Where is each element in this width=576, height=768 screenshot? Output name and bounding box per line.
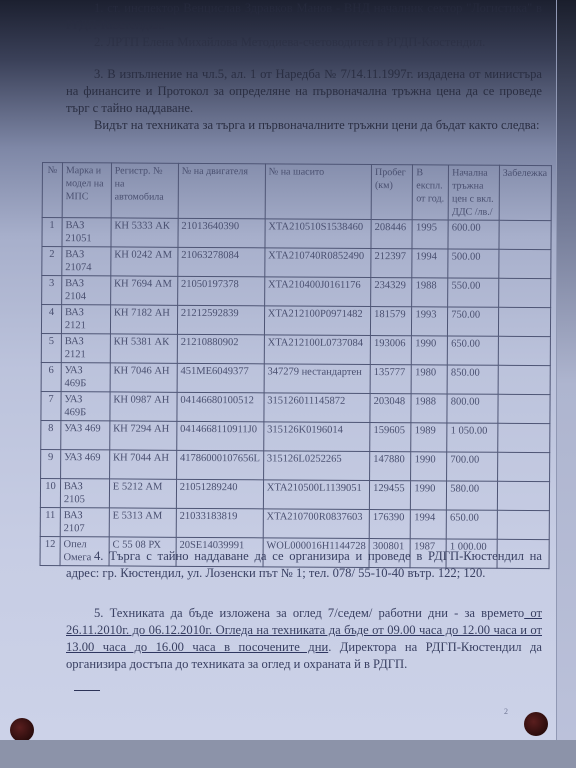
cell-starting-price: 1 050.00 xyxy=(447,423,498,452)
cell-chassis-number: XTA210500L1139051 xyxy=(263,480,370,510)
table-row: 4ВАЗ 2121КН 7182 АН21212592839XTA212100P… xyxy=(41,305,550,337)
header-make-model: Марка и модел на МПС xyxy=(62,163,111,218)
cell-starting-price: 850.00 xyxy=(447,365,498,394)
cell-registration: КН 7294 АН xyxy=(110,421,177,450)
cell-chassis-number: XTA212100P0971482 xyxy=(264,306,371,336)
cell-registration: Е 5212 АМ xyxy=(109,479,176,508)
header-registration: Регистр. № на автомобила xyxy=(111,163,178,218)
cell-number: 12 xyxy=(40,536,60,565)
inspection-text-start: 5. Техниката да бъде изложена за оглед 7… xyxy=(94,606,524,620)
cell-note xyxy=(498,278,550,307)
paragraph-3-auction-basis: 3. В изпълнение на чл.5, ал. 1 от Наредб… xyxy=(66,66,542,117)
cell-make-model: ВАЗ 2121 xyxy=(61,305,110,334)
cell-make-model: ВАЗ 2121 xyxy=(61,334,110,363)
cell-registration: КН 5381 АК xyxy=(110,334,177,363)
cell-year: 1995 xyxy=(412,220,448,249)
header-note: Забележка xyxy=(499,165,551,220)
header-mileage: Пробег (км) xyxy=(371,165,413,220)
cell-number: 8 xyxy=(41,420,61,449)
cell-make-model: ВАЗ 21074 xyxy=(62,247,111,276)
cell-registration: КН 5333 АК xyxy=(111,218,178,247)
cell-starting-price: 550.00 xyxy=(448,278,499,307)
cell-number: 7 xyxy=(41,391,61,420)
cell-number: 5 xyxy=(41,333,61,362)
cell-engine-number: 21051289240 xyxy=(176,479,263,509)
background-surface xyxy=(0,740,576,768)
cell-engine-number: 21050197378 xyxy=(177,276,264,306)
cell-year: 1988 xyxy=(411,394,447,423)
cell-engine-number: 04146680100512 xyxy=(177,392,264,422)
cell-number: 10 xyxy=(40,478,60,507)
cell-chassis-number: 347279 нестандартен xyxy=(264,364,371,394)
cell-year: 1980 xyxy=(412,365,448,394)
cell-note xyxy=(497,510,549,539)
cell-chassis-number: XTA210400J0161176 xyxy=(264,277,371,307)
cell-year: 1989 xyxy=(411,423,447,452)
cell-mileage: 159605 xyxy=(370,423,412,452)
header-chassis-number: № на шасито xyxy=(265,164,372,220)
cell-number: 3 xyxy=(42,276,62,305)
cell-year: 1994 xyxy=(412,249,448,278)
cell-starting-price: 650.00 xyxy=(446,510,497,539)
cell-make-model: ВАЗ 2104 xyxy=(62,276,111,305)
vehicles-table-body: 1ВАЗ 21051КН 5333 АК21013640390XTA210510… xyxy=(40,218,551,569)
table-row: 2ВАЗ 21074КН 0242 АМ21063278084XTA210740… xyxy=(42,247,551,279)
paragraph-5-inspection-schedule: 5. Техниката да бъде изложена за оглед 7… xyxy=(66,605,542,673)
cell-year: 1990 xyxy=(411,452,447,481)
cell-mileage: 176390 xyxy=(369,510,411,539)
table-row: 11ВАЗ 2107Е 5313 АМ21033183819XTA210700R… xyxy=(40,507,549,539)
cell-registration: КН 7046 АН xyxy=(110,363,177,392)
cell-make-model: УАЗ 469 xyxy=(61,421,110,450)
cell-number: 2 xyxy=(42,247,62,276)
cell-mileage: 212397 xyxy=(371,249,413,278)
cell-starting-price: 500.00 xyxy=(448,249,499,278)
paragraph-committee-member-1: 1. ст. инспектор Венцислав Здравков Мано… xyxy=(66,0,542,34)
cell-engine-number: 21210880902 xyxy=(177,334,264,364)
cell-engine-number: 21212592839 xyxy=(177,305,264,335)
cell-note xyxy=(499,220,551,249)
table-row: 7УАЗ 469БКН 0987 АН041466801005123151260… xyxy=(41,391,550,423)
vehicles-table: № Марка и модел на МПС Регистр. № на авт… xyxy=(40,162,552,569)
cell-mileage: 135777 xyxy=(370,365,412,394)
cell-mileage: 147880 xyxy=(370,452,412,481)
cell-chassis-number: XTA210510S1538460 xyxy=(265,219,372,249)
cell-engine-number: 41786000107656L xyxy=(176,450,263,480)
table-row: 10ВАЗ 2105Е 5212 АМ21051289240XTA210500L… xyxy=(40,478,549,510)
paragraph-4-auction-location: 4. Търга с тайно наддаване да се организ… xyxy=(66,548,542,582)
cell-chassis-number: XTA210700R0837603 xyxy=(263,509,370,539)
cell-starting-price: 800.00 xyxy=(447,394,498,423)
cell-engine-number: 0414668110911J0 xyxy=(177,421,264,451)
table-row: 3ВАЗ 2104КН 7694 АМ21050197378XTA210400J… xyxy=(42,276,551,308)
cell-chassis-number: 315126011145872 xyxy=(264,393,371,423)
cell-make-model: УАЗ 469Б xyxy=(61,363,110,392)
cell-engine-number: 21033183819 xyxy=(176,508,263,538)
cell-starting-price: 650.00 xyxy=(447,336,498,365)
cell-number: 1 xyxy=(42,218,62,247)
cell-starting-price: 750.00 xyxy=(448,307,499,336)
header-year: В експл. от год. xyxy=(413,165,449,220)
document-page: 1. ст. инспектор Венцислав Здравков Мано… xyxy=(0,0,556,740)
cell-note xyxy=(498,394,550,423)
cell-registration: КН 7694 АМ xyxy=(110,276,177,305)
cell-chassis-number: XTA212100L0737084 xyxy=(264,335,371,365)
cell-registration: КН 0242 АМ xyxy=(111,247,178,276)
cell-number: 6 xyxy=(41,362,61,391)
cell-make-model: УАЗ 469Б xyxy=(61,392,110,421)
cell-year: 1994 xyxy=(411,510,447,539)
cell-note xyxy=(498,365,550,394)
cell-mileage: 193006 xyxy=(370,336,412,365)
cell-number: 11 xyxy=(40,507,60,536)
table-row: 9УАЗ 469КН 7044 АН41786000107656L315126L… xyxy=(41,449,550,481)
cell-starting-price: 700.00 xyxy=(447,452,498,481)
cell-year: 1988 xyxy=(412,278,448,307)
cell-engine-number: 451МЕ6049377 xyxy=(177,363,264,393)
cell-mileage: 203048 xyxy=(370,394,412,423)
cell-make-model: ВАЗ 2107 xyxy=(60,508,109,537)
paragraph-vehicle-intro: Видът на техниката за търга и първоначал… xyxy=(66,117,542,134)
cell-make-model: ВАЗ 2105 xyxy=(60,479,109,508)
punch-hole-right xyxy=(524,712,548,736)
cell-chassis-number: 315126K0196014 xyxy=(263,422,370,452)
cell-note xyxy=(498,336,550,365)
cell-year: 1990 xyxy=(412,336,448,365)
header-number: № xyxy=(42,163,62,218)
table-row: 6УАЗ 469БКН 7046 АН451МЕ6049377347279 не… xyxy=(41,362,550,394)
header-starting-price: Начална тръжна цен с вкл. ДДС /лв./ xyxy=(448,165,499,220)
page-number: 2 xyxy=(504,707,508,716)
cell-starting-price: 580.00 xyxy=(447,481,498,510)
cell-mileage: 208446 xyxy=(371,220,413,249)
cell-make-model: ВАЗ 21051 xyxy=(62,218,111,247)
paragraph-committee-member-2: 2. ЛРТП Елена Михайлова Методиева-счетов… xyxy=(66,34,542,51)
cell-year: 1990 xyxy=(411,481,447,510)
cell-make-model: УАЗ 469 xyxy=(60,450,109,479)
cell-engine-number: 21063278084 xyxy=(178,247,265,277)
cell-mileage: 129455 xyxy=(369,481,411,510)
cell-starting-price: 600.00 xyxy=(448,220,499,249)
cell-registration: КН 7182 АН xyxy=(110,305,177,334)
cell-engine-number: 21013640390 xyxy=(178,218,265,248)
table-row: 5ВАЗ 2121КН 5381 АК21210880902XTA212100L… xyxy=(41,333,550,365)
table-row: 1ВАЗ 21051КН 5333 АК21013640390XTA210510… xyxy=(42,218,551,250)
table-row: 8УАЗ 469КН 7294 АН0414668110911J0315126K… xyxy=(41,420,550,452)
cell-chassis-number: XTA210740R0852490 xyxy=(265,248,372,278)
cell-mileage: 181579 xyxy=(371,307,413,336)
cell-year: 1993 xyxy=(412,307,448,336)
cell-note xyxy=(498,307,550,336)
signature-mark xyxy=(74,690,100,691)
cell-registration: Е 5313 АМ xyxy=(109,508,176,537)
cell-number: 4 xyxy=(41,305,61,334)
cell-registration: КН 7044 АН xyxy=(109,450,176,479)
punch-hole-left xyxy=(10,718,34,740)
cell-chassis-number: 315126L0252265 xyxy=(263,451,370,481)
cell-number: 9 xyxy=(41,449,61,478)
table-header-row: № Марка и модел на МПС Регистр. № на авт… xyxy=(42,163,551,221)
cell-note xyxy=(497,481,549,510)
cell-note xyxy=(498,423,550,452)
cell-mileage: 234329 xyxy=(371,278,413,307)
cell-note xyxy=(499,249,551,278)
header-engine-number: № на двигателя xyxy=(178,163,265,219)
cell-registration: КН 0987 АН xyxy=(110,392,177,421)
cell-note xyxy=(497,452,549,481)
binder-strip xyxy=(556,0,576,768)
